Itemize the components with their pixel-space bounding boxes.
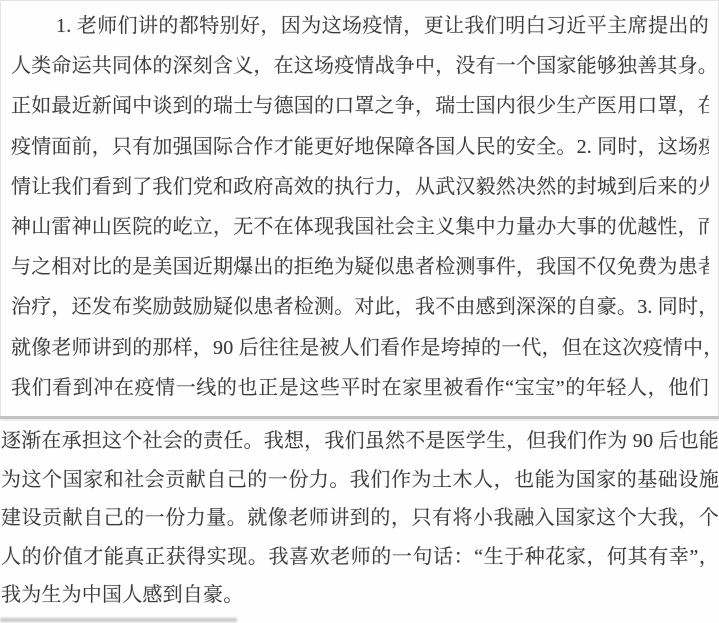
text-line: 人类命运共同体的深刻含义，在这场疫情战争中，没有一个国家能够独善其身。 — [11, 46, 709, 86]
scanned-document-page: 1. 老师们讲的都特别好，因为这场疫情，更让我们明白习近平主席提出的 人类命运共… — [0, 0, 719, 623]
text-line: 1. 老师们讲的都特别好，因为这场疫情，更让我们明白习近平主席提出的 — [11, 6, 709, 46]
text-line: 我为生为中国人感到自豪。 — [1, 576, 719, 615]
text-line: 人的价值才能真正获得实现。我喜欢老师的一句话：“生于种花家，何其有幸”， — [1, 538, 719, 577]
text-line: 为这个国家和社会贡献自己的一份力。我们作为土木人，也能为国家的基础设施 — [1, 461, 719, 500]
text-line: 建设贡献自己的一份力量。就像老师讲到的，只有将小我融入国家这个大我，个 — [1, 499, 719, 538]
document-section-top: 1. 老师们讲的都特别好，因为这场疫情，更让我们明白习近平主席提出的 人类命运共… — [0, 0, 719, 416]
text-line: 情让我们看到了我们党和政府高效的执行力，从武汉毅然决然的封城到后来的火 — [11, 167, 709, 207]
text-line: 逐渐在承担这个社会的责任。我想，我们虽然不是医学生，但我们作为 90 后也能 — [1, 422, 719, 461]
document-section-bottom: 逐渐在承担这个社会的责任。我想，我们虽然不是医学生，但我们作为 90 后也能 为… — [0, 421, 719, 618]
text-line: 神山雷神山医院的屹立，无不在体现我国社会主义集中力量办大事的优越性，而 — [11, 207, 709, 247]
cutoff-text-sliver — [0, 618, 237, 622]
text-line: 就像老师讲到的那样，90 后往往是被人们看作是垮掉的一代，但在这次疫情中， — [11, 328, 709, 368]
text-line: 与之相对比的是美国近期爆出的拒绝为疑似患者检测事件，我国不仅免费为患者 — [11, 247, 709, 287]
text-line: 正如最近新闻中谈到的瑞士与德国的口罩之争，瑞士国内很少生产医用口罩，在 — [11, 86, 709, 126]
text-line: 我们看到冲在疫情一线的也正是这些平时在家里被看作“宝宝”的年轻人，他们 — [11, 368, 709, 408]
text-line: 治疗，还发布奖励鼓励疑似患者检测。对此，我不由感到深深的自豪。3. 同时， — [11, 287, 709, 327]
screenshot-seam-divider — [0, 416, 719, 419]
text-line: 疫情面前，只有加强国际合作才能更好地保障各国人民的安全。2. 同时，这场疫 — [11, 127, 709, 167]
